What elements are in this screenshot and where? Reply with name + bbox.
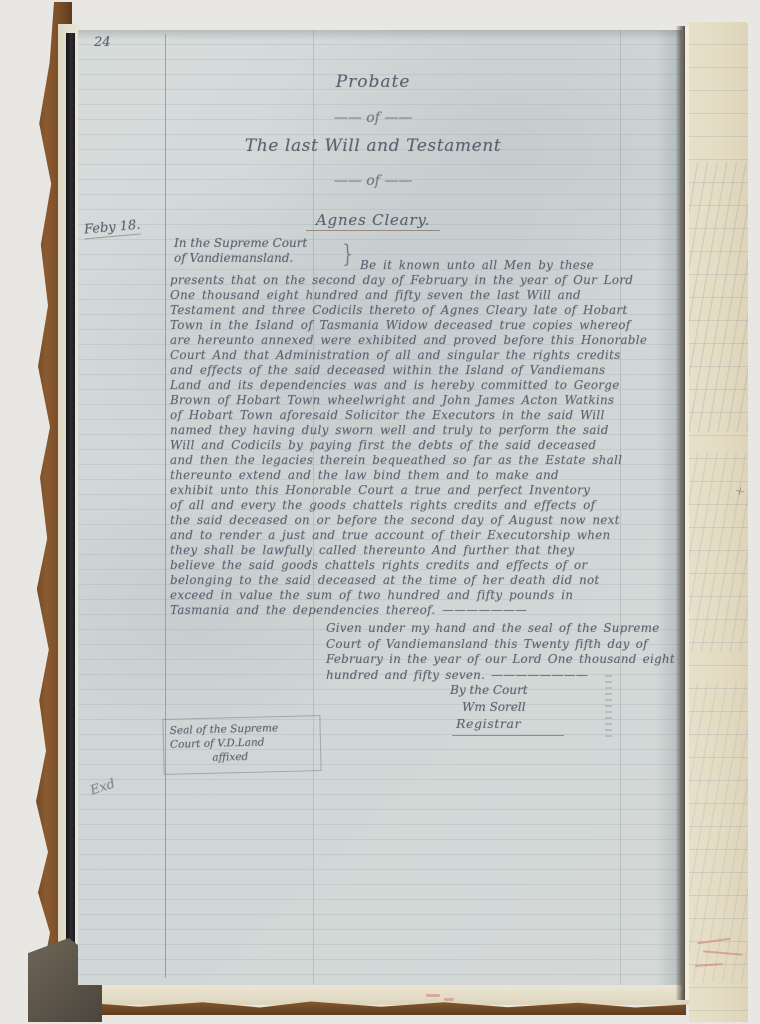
- probate-body-text: Be it known unto all Men by thesepresent…: [170, 258, 670, 618]
- attestation-line: Given under my hand and the seal of the …: [326, 621, 675, 637]
- body-line: One thousand eight hundred and fifty sev…: [170, 288, 670, 303]
- title-rule-of: —— of ——: [138, 110, 608, 126]
- body-line: exhibit unto this Honorable Court a true…: [170, 483, 670, 498]
- bleed-through-writing: [689, 682, 748, 982]
- body-line: Will and Codicils by paying first the de…: [170, 438, 670, 453]
- bleed-through-writing: [689, 452, 748, 652]
- body-line: Court And that Administration of all and…: [170, 348, 670, 363]
- body-line: named they having duly sworn well and tr…: [170, 423, 670, 438]
- attestation-line: February in the year of our Lord One tho…: [326, 652, 675, 668]
- registrar-signature: Wm Sorell: [462, 700, 526, 714]
- body-line: thereunto extend and the law bind them a…: [170, 468, 670, 483]
- top-binding-leather: [44, 5, 650, 33]
- title-probate: Probate: [138, 72, 608, 92]
- bottom-page-edges: [76, 983, 692, 1005]
- registrar-title: Registrar: [456, 716, 521, 731]
- court-heading-line1: In the Supreme Court: [174, 236, 307, 251]
- body-line: belonging to the said deceased at the ti…: [170, 573, 670, 588]
- title-rule-of-2: —— of ——: [138, 173, 608, 189]
- next-page-edge: +: [689, 22, 748, 1022]
- by-the-court: By the Court: [450, 683, 528, 697]
- body-line: and then the legacies therein bequeathed…: [170, 453, 670, 468]
- body-line: and to render a just and true account of…: [170, 528, 670, 543]
- body-line: Be it known unto all Men by these: [170, 258, 670, 273]
- body-line: the said deceased on or before the secon…: [170, 513, 670, 528]
- body-line: Tasmania and the dependencies thereof. —…: [170, 603, 670, 618]
- probate-page: 24 Probate —— of —— The last Will and Te…: [78, 30, 682, 985]
- seal-note-box: Seal of the Supreme Court of V.D.Land af…: [162, 715, 321, 775]
- body-line: Town in the Island of Tasmania Widow dec…: [170, 318, 670, 333]
- attestation-line: hundred and fifty seven. ————————: [326, 668, 675, 684]
- body-line: Land and its dependencies was and is her…: [170, 378, 670, 393]
- body-line: are hereunto annexed were exhibited and …: [170, 333, 670, 348]
- left-dark-endpaper-edge: [66, 33, 75, 947]
- body-line: Testament and three Codicils thereto of …: [170, 303, 670, 318]
- body-line: believe the said goods chattels rights c…: [170, 558, 670, 573]
- attestation-text: Given under my hand and the seal of the …: [326, 621, 675, 683]
- body-line: presents that on the second day of Febru…: [170, 273, 670, 288]
- page-number: 24: [94, 35, 111, 50]
- probate-register-scan: 24 Probate —— of —— The last Will and Te…: [0, 0, 760, 1024]
- pink-edge-mark: [426, 994, 440, 997]
- body-line: they shall be lawfully called thereunto …: [170, 543, 670, 558]
- deceased-name: Agnes Cleary.: [306, 211, 440, 231]
- body-line: exceed in value the sum of two hundred a…: [170, 588, 670, 603]
- signature-underline: [452, 735, 564, 736]
- deceased-name-wrap: Agnes Cleary.: [138, 210, 608, 231]
- title-last-will-testament: The last Will and Testament: [138, 136, 608, 156]
- body-line: of Hobart Town aforesaid Solicitor the E…: [170, 408, 670, 423]
- faint-vertical-annotation: [605, 673, 612, 737]
- body-line: of all and every the goods chattels righ…: [170, 498, 670, 513]
- bleed-through-writing: [689, 162, 748, 432]
- top-shadow: [78, 30, 682, 40]
- attestation-line: Court of Vandiemansland this Twenty fift…: [326, 637, 675, 653]
- pink-edge-mark: [444, 998, 454, 1001]
- body-line: Brown of Hobart Town wheelwright and Joh…: [170, 393, 670, 408]
- body-line: and effects of the said deceased within …: [170, 363, 670, 378]
